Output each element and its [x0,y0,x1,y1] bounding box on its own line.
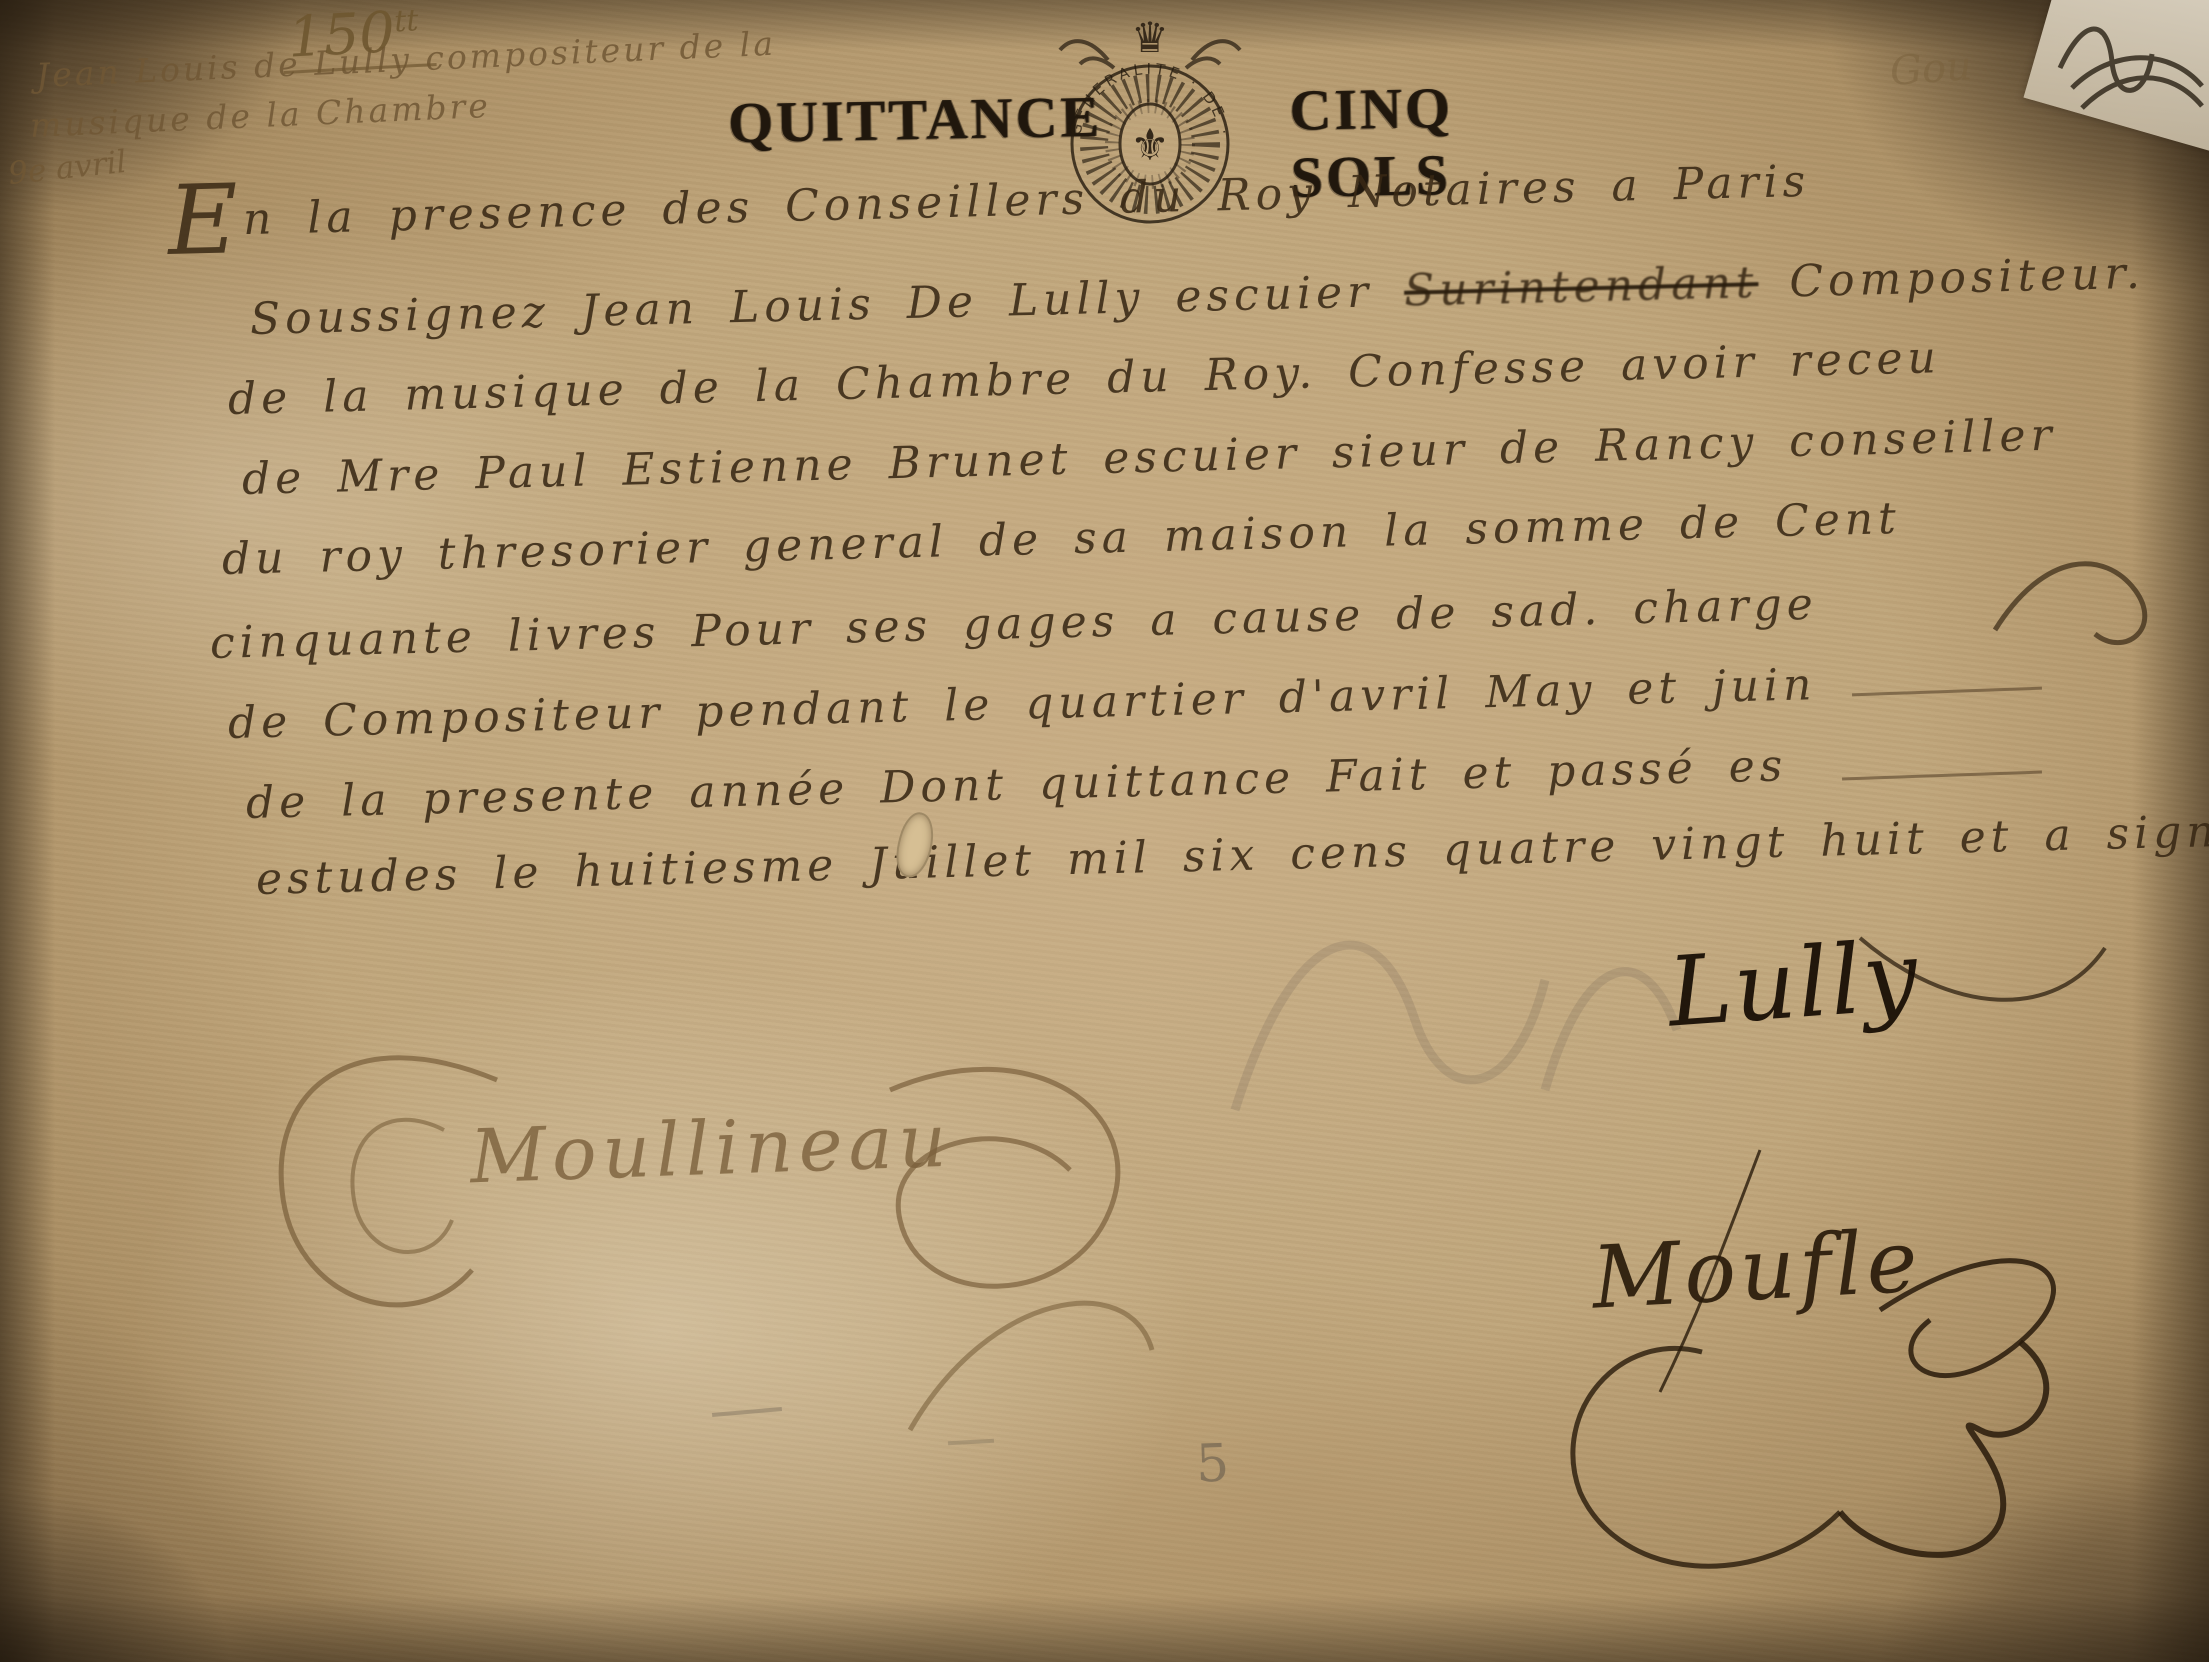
body-line-3: de la musique de la Chambre du Roy. Conf… [227,332,1941,425]
signature-moufle: Moufle [1590,1211,1924,1328]
body-line-2-post: Compositeur. [1789,248,2146,308]
laurel-right-icon [1186,41,1240,68]
line-filler-rule [1842,771,2042,781]
fleur-de-lis-icon: ⚜ [1130,120,1169,171]
archival-sum-note: 150tt [280,0,436,74]
body-line-5: du roy thresorier general de sa maison l… [221,493,1901,585]
notary-left-paraph-icon [830,1050,1170,1450]
crown-icon: ♛ [1131,13,1169,62]
body-line-4: de Mre Paul Estienne Brunet escuier sieu… [241,410,2057,505]
line-end-flourish-icon [1985,540,2185,660]
line-filler-rule [1852,687,2042,697]
parchment-receipt-photo: Jean Louis de Lully compositeur de la mu… [0,0,2209,1662]
body-line-2-pre: Soussignez Jean Louis De Lully escuier [249,267,1373,345]
corner-scribble-text: Gou [1888,43,1973,95]
body-line-7: de Compositeur pendant le quartier d'avr… [227,659,1817,749]
body-line-8: de la presente année Dont quittance Fait… [245,740,1788,829]
struck-out-word: Surintendant [1403,257,1759,317]
annotation-line-2: musique de la Chambre [29,86,491,145]
decorated-initial: E [167,163,245,277]
archival-sum-unit: tt [393,3,419,39]
ink-bleedthrough-ghost [1215,860,1695,1160]
faint-pencil-dash [712,1407,782,1417]
body-line-2: Soussignez Jean Louis De Lully escuier S… [249,248,2145,345]
archival-sum-value: 150 [286,0,396,71]
laurel-left-icon [1060,41,1114,68]
margin-date-note: 9e avril [6,144,128,192]
page-number: 5 [1195,1433,1230,1494]
signature-lully: Lully [1664,919,1922,1048]
corner-ink-scrawl-icon [2052,6,2209,128]
notary-right-paraph-icon [1460,1130,2100,1590]
body-line-6: cinquante livres Pour ses gages a cause … [209,579,1818,669]
